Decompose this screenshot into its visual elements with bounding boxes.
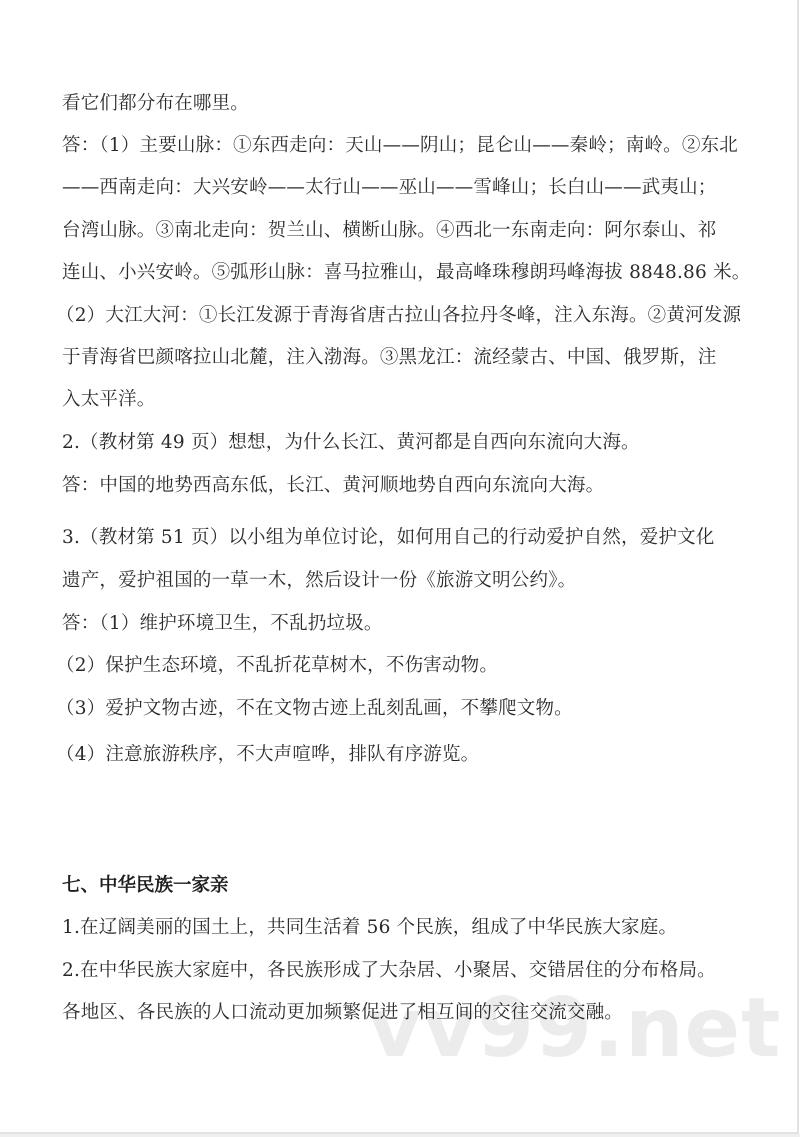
answer-item: （2）保护生态环境，不乱折花草树木，不伤害动物。	[56, 654, 746, 678]
question-line: 2.（教材第 49 页）想想，为什么长江、黄河都是自西向东流向大海。	[62, 431, 752, 455]
question-line: 3.（教材第 51 页）以小组为单位讨论，如何用自己的行动爱护自然，爱护文化	[62, 526, 752, 550]
section-line: 各地区、各民族的人口流动更加频繁促进了相互间的交往交流交融。	[62, 1001, 752, 1025]
text-line: 于青海省巴颜喀拉山北麓，注入渤海。③黑龙江：流经蒙古、中国、俄罗斯，注	[62, 346, 752, 370]
answer-item: （4）注意旅游秩序，不大声喧哗，排队有序游览。	[56, 743, 746, 767]
section-line: 1.在辽阔美丽的国土上，共同生活着 56 个民族，组成了中华民族大家庭。	[62, 916, 752, 940]
text-line: 遗产，爱护祖国的一草一木，然后设计一份《旅游文明公约》。	[62, 569, 752, 593]
text-line: （2）大江大河：①长江发源于青海省唐古拉山各拉丹冬峰，注入东海。②黄河发源	[56, 304, 746, 328]
answer-line: 答：（1）维护环境卫生，不乱扔垃圾。	[62, 612, 752, 636]
section-heading: 七、中华民族一家亲	[62, 873, 229, 899]
answer-line: 答：中国的地势西高东低，长江、黄河顺地势自西向东流向大海。	[62, 474, 752, 498]
text-line: 连山、小兴安岭。⑤弧形山脉：喜马拉雅山，最高峰珠穆朗玛峰海拔 8848.86 米…	[62, 261, 752, 285]
text-line: 看它们都分布在哪里。	[62, 92, 752, 116]
answer-item: （3）爱护文物古迹，不在文物古迹上乱刻乱画，不攀爬文物。	[56, 697, 746, 721]
text-line: 台湾山脉。③南北走向：贺兰山、横断山脉。④西北一东南走向：阿尔泰山、祁	[62, 219, 752, 243]
document-page: vv99.net 看它们都分布在哪里。 答：（1）主要山脉：①东西走向：天山——…	[0, 0, 799, 1135]
text-line: ——西南走向：大兴安岭——太行山——巫山——雪峰山；长白山——武夷山；	[62, 176, 752, 200]
text-line: 答：（1）主要山脉：①东西走向：天山——阴山；昆仑山——秦岭；南岭。②东北	[62, 134, 752, 158]
section-line: 2.在中华民族大家庭中，各民族形成了大杂居、小聚居、交错居住的分布格局。	[62, 959, 752, 983]
text-line: 入太平洋。	[62, 388, 752, 412]
